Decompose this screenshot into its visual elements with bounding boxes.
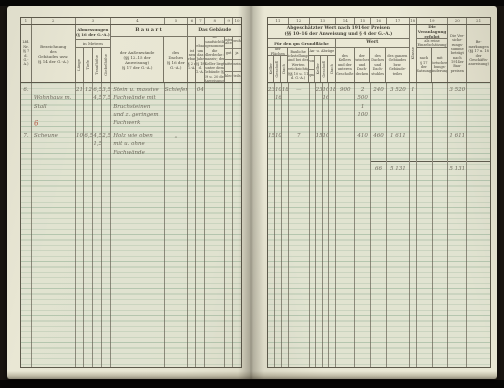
- col-klasse: Klasse: [411, 47, 415, 59]
- header-bezeichnung: Bezeichnung des Gebäudes usw. (§ 14 der …: [32, 25, 76, 82]
- header-group-gebaeude: Das Gebäude ist neu erbaut (§ 2 d. G.-A.…: [188, 25, 241, 82]
- cell-w1-total: [336, 161, 354, 177]
- cell-b2-row1: 10 16: [323, 83, 329, 129]
- body-col-f1: 23 15: [268, 83, 275, 367]
- cell-tiefe-row1: 12: [84, 83, 92, 129]
- body-col-gebaut-jahr: 04: [196, 83, 205, 367]
- body-col-b2: 10 16 10: [323, 83, 330, 367]
- cell-bezeichnung-row1: Wohnhaus m. Stall 6: [32, 83, 75, 129]
- cell-daches-row2: „: [165, 129, 188, 161]
- col-dach-2: Dach: [330, 64, 334, 74]
- cell-v1-row1: [417, 83, 432, 129]
- right-page-bottom-edge: [250, 371, 497, 379]
- body-col-w3: 240 460 66: [371, 83, 387, 367]
- col-num: 5: [165, 18, 189, 24]
- cell-w4-row1: 3 520: [387, 83, 409, 129]
- header-group-veranlagung: Die Veranlagung erfolgt als reine (Einze…: [417, 25, 449, 82]
- veranlagung-sub: als reine (Einzelschätzung): [417, 39, 448, 48]
- cell-bem-total: [467, 161, 490, 177]
- col-num: 4: [111, 18, 165, 24]
- body-col-lfd: 6. 7.: [21, 83, 32, 367]
- header-group-bauart: Bauart der Außenwände (§§ 12–15 der Anwe…: [111, 25, 188, 82]
- cell-v2-row1: [433, 83, 448, 129]
- cell-klasse-total: [410, 161, 416, 177]
- right-page: 11 12 13 14 15 16 17 18 19 20 21 Abgesch…: [250, 6, 497, 379]
- col-num: 21: [467, 18, 490, 24]
- col-num: 20: [448, 18, 467, 24]
- cell-w4-total: 5 131: [387, 161, 409, 177]
- cell-v1-total: [417, 161, 432, 177]
- gebaeude-gebaut-jahr: gebaut um das Jahr (§ 18 d. G.-A.): [196, 37, 205, 82]
- wert-gesamt: des ganzen Gebäudes bzw. Gebäude- teiles: [386, 48, 409, 82]
- cell-bezeichnung-row2: Scheune: [32, 129, 75, 161]
- cell-w1-row2: [336, 129, 354, 161]
- cell-daches-row1: Schiefer: [165, 83, 188, 129]
- bauart-aussenwaende: der Außenwände (§§ 12–15 der Anweisung) …: [111, 37, 164, 82]
- cell-f1-row2: 15: [268, 129, 274, 161]
- cell-w2-total: [355, 161, 370, 177]
- cell-laenge-row2: 10: [76, 129, 84, 161]
- mini-cell: schlecht: [225, 72, 232, 83]
- col-num: 19: [417, 18, 449, 24]
- col-num: 9: [225, 18, 233, 24]
- cell-w3-row1: 240: [371, 83, 386, 129]
- wert-title: Wert: [336, 39, 409, 48]
- col-dach: Dach: [282, 64, 286, 74]
- body-col-aussenwaende: Stein u. massive Fachwände mit Bruchstei…: [111, 83, 165, 367]
- body-col-b1: 23 15: [316, 83, 323, 367]
- header-group-qm-grundflaeche: Für den qm Grundfläche der Flächen Kelle…: [268, 39, 336, 82]
- cell-giebelhoehe-row1: 3,5 7,5: [102, 83, 110, 129]
- veranlagung-fortschreibung: mit Fortschrei- bungs- änderung: [432, 48, 447, 82]
- rueckstellungen-text: Bauliche Rückstellungen sind bei den Wer…: [288, 48, 308, 82]
- left-page: 1 2 3 4 5 6 7 8 9 10 Lfd. Nr. (§ 7 d. G.…: [7, 6, 250, 379]
- header-an-abzuege: An- u. Abzüge vom qm Keller Geschoß: [309, 48, 335, 82]
- col-keller: Keller: [269, 63, 273, 74]
- cell-w1-row1: 900: [336, 83, 354, 129]
- body-col-giebelhoehe: 3,5 7,5 2,5: [102, 83, 111, 367]
- col-geschoss: Geschoß: [275, 61, 279, 78]
- cell-klasse-row2: [410, 129, 416, 161]
- cell-gebaut-row1: 04: [196, 83, 204, 129]
- mini-cell: vom: [309, 56, 314, 70]
- an-abzuege-caption: An- u. Abzüge: [309, 48, 335, 56]
- body-col-bezeichnung: Wohnhaus m. Stall 6 Scheune: [32, 83, 76, 367]
- mini-cell: mittel: [225, 60, 232, 72]
- book-spine-shadow: [238, 6, 264, 379]
- cell-b3-row2: [329, 129, 335, 161]
- red-pencil-mark: 6: [33, 113, 73, 129]
- body-col-v1: [417, 83, 433, 367]
- wert-zwischendecken: der Zwischen- und Dach- decken: [355, 48, 371, 82]
- body-col-rueckstellungen: — 7: [289, 83, 310, 367]
- body-col-w4: 3 520 1 611 5 131: [387, 83, 410, 367]
- cell-klasse-row1: I: [410, 83, 416, 129]
- cell-b1-row1: 23: [316, 83, 322, 129]
- flaechen-caption: der Flächen: [268, 48, 287, 56]
- body-col-neu-erbaut: [188, 83, 196, 367]
- cell-w3-row2: 460: [371, 129, 386, 161]
- left-page-bottom-edge: [7, 371, 250, 379]
- body-col-unterhalten: [225, 83, 233, 367]
- col-num: 3: [76, 18, 112, 24]
- cell-w2-row2: 410: [355, 129, 370, 161]
- veranlagung-satzung: nach § 17 der Satzung: [417, 48, 432, 82]
- cell-f3-row2: [282, 129, 288, 161]
- mini-cell: qm: [309, 70, 314, 83]
- body-col-laenge: 21 10: [76, 83, 85, 367]
- mini-caption: unter-halten: [225, 37, 232, 49]
- qm-grundflaeche-title: Für den qm Grundfläche: [268, 39, 335, 48]
- body-col-traufhoehe: 6,5 4,5 4,5 1,5: [93, 83, 102, 367]
- body-col-b3: 18: [329, 83, 336, 367]
- wert-1914-title: Abgeschätzter Wert nach 1914er Preisen (…: [268, 25, 409, 39]
- cell-laenge-row1: 21: [76, 83, 84, 129]
- body-col-f3: 18: [282, 83, 289, 367]
- body-col-f2: 10 16 10: [275, 83, 282, 367]
- header-flaechen: der Flächen Keller Geschoß Dach: [268, 48, 288, 82]
- cell-b3-row1: 18: [329, 83, 335, 129]
- col-num: 2: [32, 18, 76, 24]
- header-lfd-nr: Lfd. Nr. (§ 7 d. G.-A.): [21, 25, 32, 82]
- cell-vers-total: 5 131: [448, 161, 466, 177]
- col-tiefe: Tiefe: [86, 60, 90, 70]
- left-column-numbers: 1 2 3 4 5 6 7 8 9 10: [21, 18, 241, 25]
- header-bemerkungen: Be- merkungen (§§ 17 u. 18 der Geschäfts…: [467, 25, 490, 82]
- bauart-title: Bauart: [111, 25, 187, 37]
- cell-lfd-row1: 6.: [21, 83, 31, 129]
- gebaeude-keller-text: ist bauaufsichtlich abgenommen; die Kell…: [205, 37, 225, 82]
- cell-lfd-row2: 7.: [21, 129, 31, 161]
- cell-giebelhoehe-row2: 2,5: [102, 129, 110, 161]
- cell-tiefe-row2: 6,5: [84, 129, 92, 161]
- cell-f2-row1: 10 16: [275, 83, 281, 129]
- col-num: 15: [355, 18, 371, 24]
- abmessungen-unit: in Metern: [76, 40, 111, 48]
- wert-dach: des Daches und Dach- stuhles: [370, 48, 386, 82]
- col-num: 14: [336, 18, 355, 24]
- cell-f3-row1: 18: [282, 83, 288, 129]
- col-keller-2: Keller: [316, 63, 320, 74]
- cell-b1-row2: 15: [316, 129, 322, 161]
- left-header: Lfd. Nr. (§ 7 d. G.-A.) Bezeichnung des …: [21, 25, 241, 83]
- photo-background: 1 2 3 4 5 6 7 8 9 10 Lfd. Nr. (§ 7 d. G.…: [0, 0, 504, 388]
- body-col-klasse: I: [410, 83, 417, 367]
- col-giebelhoehe: Giebelhöhe: [104, 54, 108, 76]
- col-laenge: Länge: [77, 59, 81, 71]
- cell-vers-row2: 1 611: [448, 129, 466, 161]
- cell-v1-row2: [417, 129, 432, 161]
- cell-bem-row1: [467, 83, 490, 129]
- right-table-body: 23 15 10 16 10 18 — 7: [268, 83, 490, 367]
- body-col-bemerkungen: [467, 83, 490, 367]
- header-group-wert: Wert des Kellers und der unteren Geschoß…: [336, 39, 409, 82]
- body-col-w2: 2 500 1 100 410: [355, 83, 371, 367]
- header-versicherungssumme: Die Ver- siche- rungs- summe beträgt nac…: [448, 25, 467, 82]
- cell-traufhoehe-row1: 6,5 4,5: [93, 83, 101, 129]
- right-table: 11 12 13 14 15 16 17 18 19 20 21 Abgesch…: [267, 17, 491, 368]
- body-col-w1: 900: [336, 83, 355, 367]
- wert-keller: des Kellers und der unteren Geschoße: [336, 48, 355, 82]
- bauart-daches: des Daches (§ 16 der G.-A.): [164, 37, 187, 82]
- cell-bem-row2: [467, 129, 490, 161]
- cell-f2-row2: 10: [275, 129, 281, 161]
- mini-cell: gut: [225, 49, 232, 61]
- cell-b2-row2: 10: [323, 129, 329, 161]
- open-ledger-book: 1 2 3 4 5 6 7 8 9 10 Lfd. Nr. (§ 7 d. G.…: [7, 6, 497, 379]
- veranlagung-title: Die Veranlagung erfolgt: [417, 25, 448, 39]
- gebaeude-unterhalten: unter-halten gut mittel schlecht: [225, 37, 233, 82]
- col-num: 11: [268, 18, 289, 24]
- cell-aussenwaende-row2: Holz wie oben mit u. ohne Fachwände: [111, 129, 164, 161]
- col-num: 16: [371, 18, 387, 24]
- header-group-abmessungen: Abmessungen (§ 16 der G.-A.) in Metern L…: [76, 25, 112, 82]
- cell-f1-row1: 23: [268, 83, 274, 129]
- cell-w4-row2: 1 611: [387, 129, 409, 161]
- header-group-wert-1914: Abgeschätzter Wert nach 1914er Preisen (…: [268, 25, 410, 82]
- body-col-tiefe: 12 6,5: [84, 83, 93, 367]
- col-num: 18: [410, 18, 417, 24]
- left-table-body: 6. 7. Wohnhaus m. Stall 6 Scheune 21 10: [21, 83, 241, 367]
- body-col-v2: [433, 83, 449, 367]
- cell-vers-row1: 3 520: [448, 83, 466, 129]
- cell-w2-row1: 2 500 1 100: [355, 83, 370, 129]
- col-num: 12: [289, 18, 310, 24]
- right-header: Abgeschätzter Wert nach 1914er Preisen (…: [268, 25, 490, 83]
- col-num: 7: [196, 18, 205, 24]
- col-num: 17: [387, 18, 410, 24]
- gebaeude-neu-erbaut: ist neu erbaut (§ 2 d. G.-A.): [188, 37, 196, 82]
- gebaeude-title: Das Gebäude: [188, 25, 241, 37]
- col-num: 13: [310, 18, 337, 24]
- col-num: 6: [188, 18, 196, 24]
- col-num: 8: [205, 18, 225, 24]
- cell-v2-row2: [433, 129, 448, 161]
- col-traufhoehe: Traufhöhe: [95, 55, 99, 75]
- abmessungen-title: Abmessungen (§ 16 der G.-A.): [76, 25, 111, 40]
- body-col-versicherungssumme: 3 520 1 611 5 131: [448, 83, 467, 367]
- body-col-keller: [205, 83, 225, 367]
- cell-w3-total: 66: [371, 161, 386, 177]
- cell-rueck-row2: 7: [289, 129, 309, 161]
- left-table: 1 2 3 4 5 6 7 8 9 10 Lfd. Nr. (§ 7 d. G.…: [20, 17, 242, 368]
- col-geschoss-2: Geschoß: [322, 61, 326, 78]
- right-column-numbers: 11 12 13 14 15 16 17 18 19 20 21: [268, 18, 490, 25]
- cell-rueck-row1: —: [289, 83, 309, 129]
- cell-aussenwaende-row1: Stein u. massive Fachwände mit Bruchstei…: [111, 83, 164, 129]
- body-col-daches: Schiefer „: [165, 83, 189, 367]
- building-name-1: Wohnhaus m. Stall: [34, 95, 72, 109]
- cell-traufhoehe-row2: 4,5 1,5: [93, 129, 101, 161]
- cell-v2-total: [433, 161, 448, 177]
- col-num: 1: [21, 18, 32, 24]
